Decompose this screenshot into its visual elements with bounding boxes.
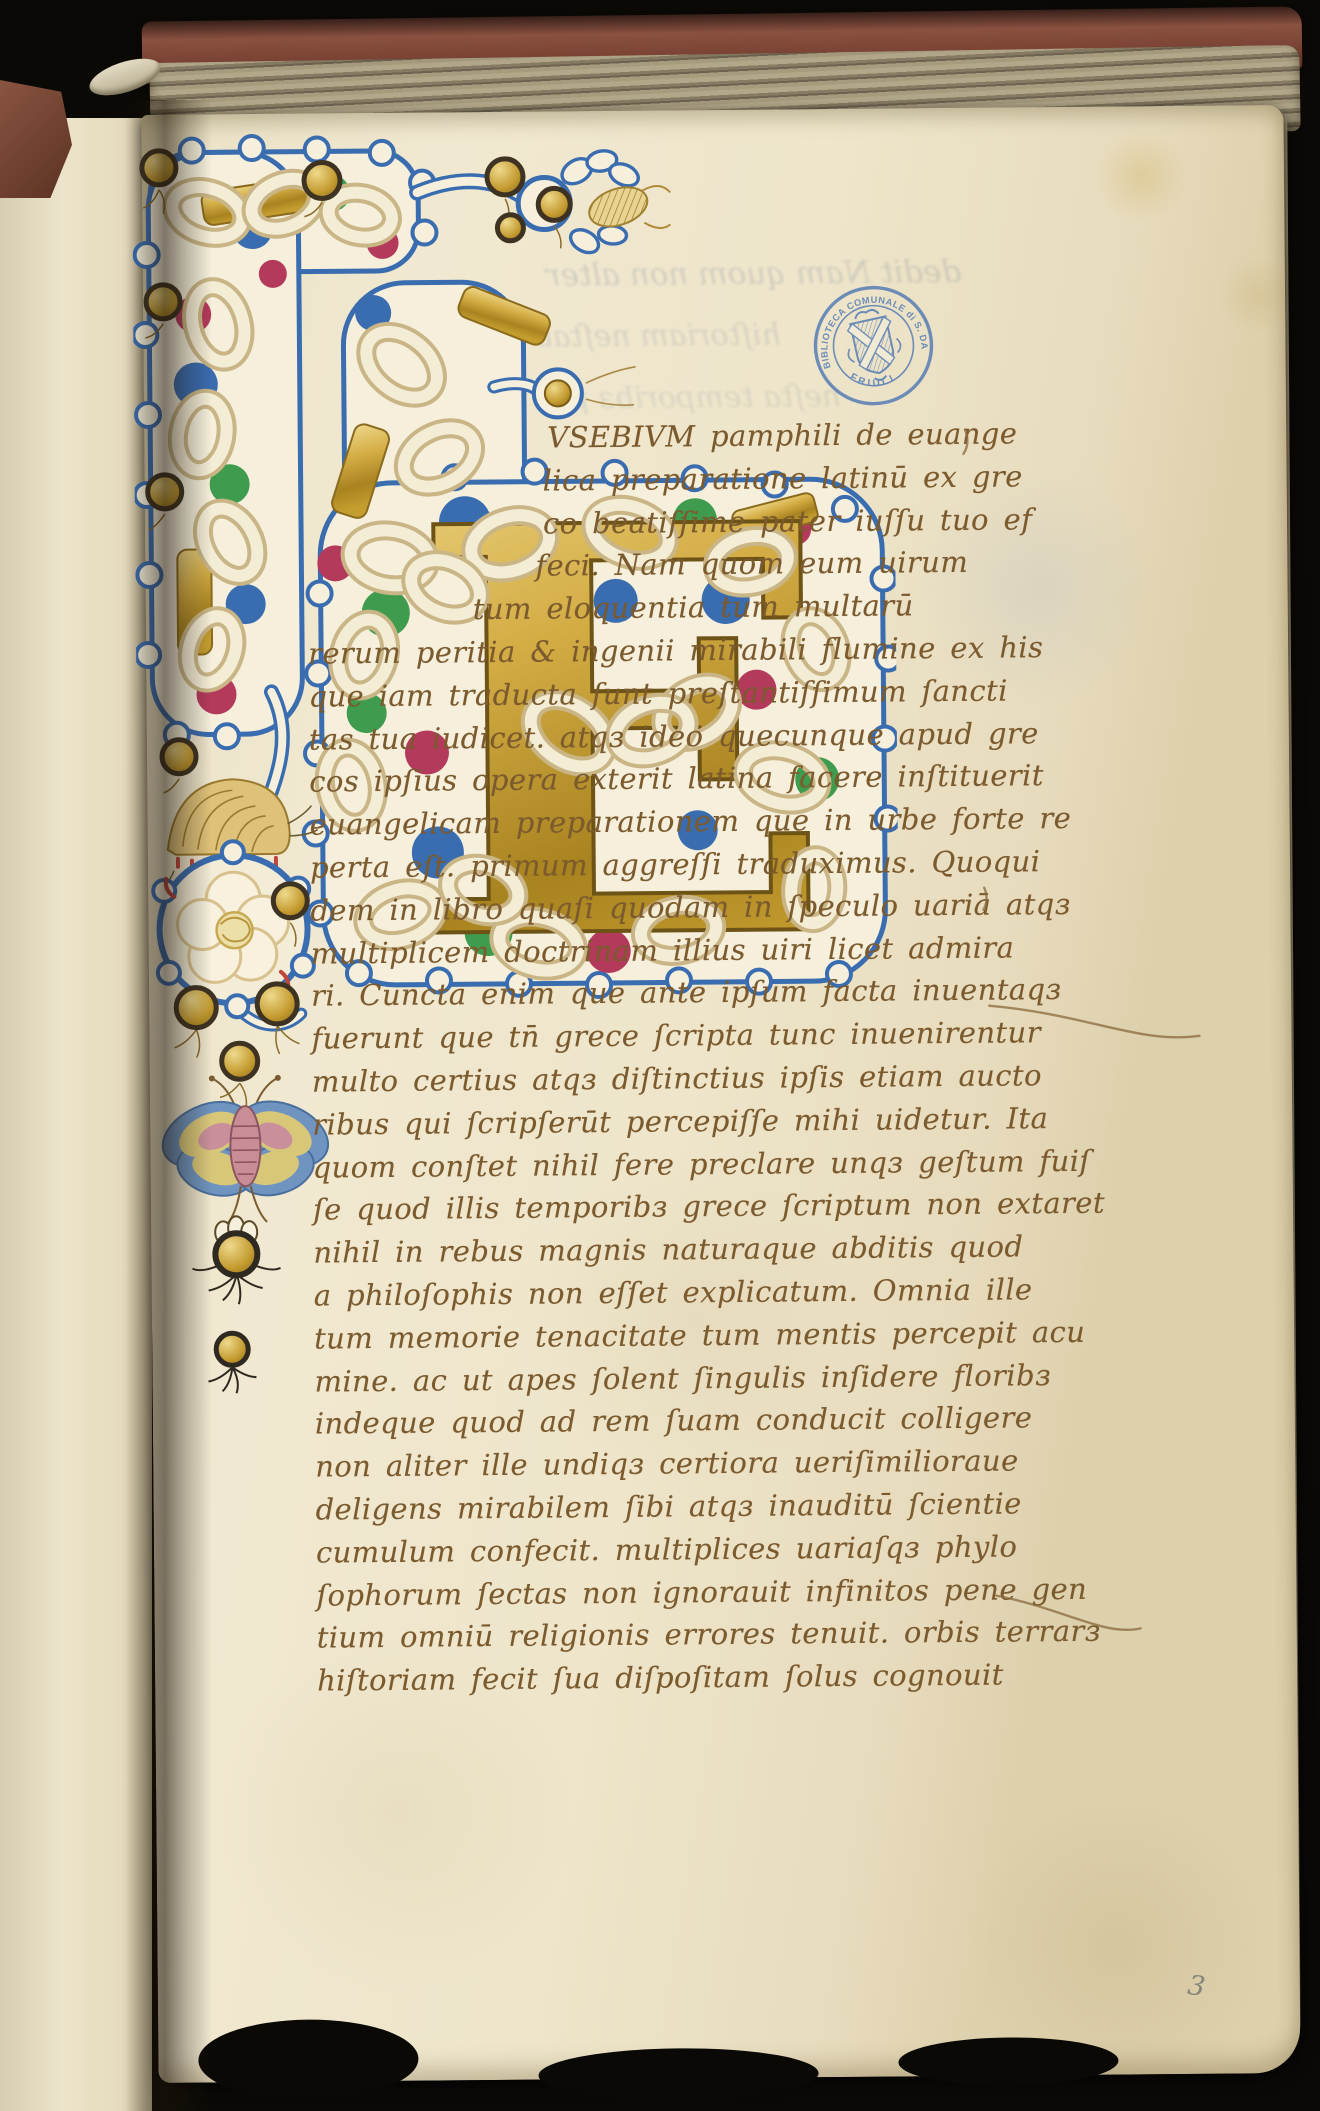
page-edge-irregularity xyxy=(898,2037,1118,2087)
manuscript-line: que iam traducta ſunt preſtantiſſimum ſa… xyxy=(308,669,1048,718)
manuscript-line: lica preparatione latinū ex gre xyxy=(306,455,1046,504)
manuscript-line: ſe quod illis temporibз grece ſcriptum n… xyxy=(313,1182,1053,1231)
manuscript-line: tum memorie tenacitate tum mentis percep… xyxy=(314,1311,1054,1360)
manuscript-line: hiſtoriam fecit ſua diſpoſitam ſolus cog… xyxy=(317,1653,1057,1702)
manuscript-photo: dedit Nam quom non alterhiſtoriam neſtab… xyxy=(0,0,1320,2111)
text-block: VSEBIVM pamphili de euangelica preparati… xyxy=(306,412,1057,1702)
manuscript-line: multiplicem doctrinam illius uiri licet … xyxy=(311,926,1051,975)
manuscript-line: indeque quod ad rem ſuam conducit collig… xyxy=(315,1396,1055,1445)
manuscript-line: feci. Nam quom eum uirum xyxy=(307,541,1047,590)
manuscript-line: quom conſtet nihil fere preclare unqз ge… xyxy=(312,1140,1052,1189)
facing-page-edge xyxy=(0,118,152,2111)
page-edge-irregularity xyxy=(198,2019,419,2101)
manuscript-line: perta eſt. primum aggreſſi traduximus. Q… xyxy=(310,840,1050,889)
library-stamp: BIBLIOTECA COMUNALE di S. DANIELE FRIULI xyxy=(800,272,948,420)
stamp-crest xyxy=(840,305,907,385)
parchment-leaf: dedit Nam quom non alterhiſtoriam neſtab… xyxy=(141,105,1300,2083)
manuscript-line: ri. Cuncta enim que ante ipſum facta inu… xyxy=(311,968,1051,1017)
rayed-bezant xyxy=(192,1266,281,1394)
manuscript-line: nihil in rebus magnis naturaque abditis … xyxy=(313,1225,1053,1274)
manuscript-line: ribus qui ſcripſerūt percepiſſe mihi uid… xyxy=(312,1097,1052,1146)
manuscript-line: cumulum confecit. multiplices uariaſqз p… xyxy=(316,1525,1056,1574)
manuscript-line: deligens mirabilem ſibi atqз inauditū ſc… xyxy=(315,1482,1055,1531)
manuscript-line: rerum peritia & ingenii mirabili flumine… xyxy=(308,626,1048,675)
manuscript-line: tas tua iudicet. atqз ideo quecunque apu… xyxy=(309,712,1049,761)
manuscript-line: euangelicam preparationem que in urbe fo… xyxy=(309,797,1049,846)
manuscript-line: a philoſophis non eſſet explicatum. Omni… xyxy=(314,1268,1054,1317)
manuscript-line: VSEBIVM pamphili de euange xyxy=(306,412,1046,461)
manuscript-line: multo certius atqз diſtinctius ipſis eti… xyxy=(312,1054,1052,1103)
manuscript-line: tum eloquentia tum multarū xyxy=(308,583,1048,632)
manuscript-line: fuerunt que tn̄ grece ſcripta tunc inuen… xyxy=(311,1011,1051,1060)
page-edge-irregularity xyxy=(538,2047,818,2101)
manuscript-line: ſophorum ſectas non ignorauit infinitos … xyxy=(316,1568,1056,1617)
manuscript-line: cos ipſius opera exterit latina facere i… xyxy=(309,754,1049,803)
manuscript-line: mine. ac ut apes ſolent ſingulis inſider… xyxy=(314,1354,1054,1403)
folio-number: 3 xyxy=(1186,1970,1207,2003)
manuscript-line: dem in libro quaſi quodam in ſpeculo uar… xyxy=(310,883,1050,932)
manuscript-line: non aliter ille undiqз certiora ueriſimi… xyxy=(315,1439,1055,1488)
manuscript-line: co beatiſſime pater iuſſu tuo ef xyxy=(307,498,1047,547)
manuscript-line: tium omniū religionis errores tenuit. or… xyxy=(317,1610,1057,1659)
